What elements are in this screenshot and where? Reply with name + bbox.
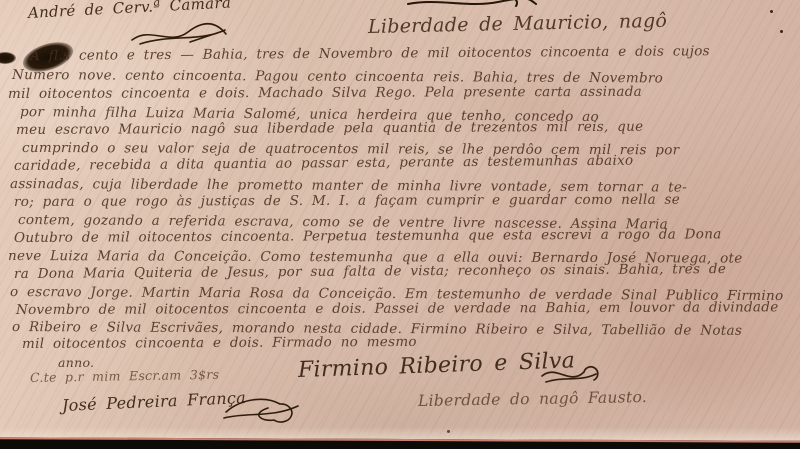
manuscript-line: Outubro de mil oitocentos cincoenta. Per…: [14, 228, 722, 245]
manuscript-line: ro; para o que rogo às justiças de S. M.…: [14, 194, 680, 210]
archivist-signature: André de Cerv.ª Camara: [28, 0, 232, 21]
docket-note: Liberdade do nagô Fausto.: [418, 390, 647, 409]
anno-line: anno.: [58, 357, 94, 370]
manuscript-line: Novembro de mil oitocentos cincoenta e d…: [16, 301, 779, 317]
document-title: Liberdade de Mauricio, nagô: [368, 12, 668, 37]
signature-rubric-icon: [130, 22, 230, 48]
manuscript-photo: André de Cerv.ª Camara Liberdade de Maur…: [0, 0, 800, 449]
signature-rubric-icon: [222, 392, 302, 426]
ink-speck: [447, 430, 450, 433]
ink-speck: [770, 10, 773, 13]
clerk-note: C.te p.r mim Escr.am 3$rs: [30, 369, 219, 385]
manuscript-line: ra Dona Maria Quiteria de Jesus, por sua…: [14, 263, 726, 281]
cutoff-flourish-icon: [408, 0, 538, 12]
manuscript-line: A fl.s cento e tres — Bahia, tres de Nov…: [30, 45, 710, 63]
witness-signature: José Pedreira França: [62, 390, 247, 414]
notary-signature: Firmino Ribeiro e Silva: [298, 350, 576, 382]
manuscript-line: caridade, recebida a dita quantia ao pas…: [14, 155, 634, 174]
signature-rubric-icon: [540, 362, 600, 388]
photo-bottom-edge: [0, 437, 800, 449]
manuscript-line: mil oitocentos cincoenta e dois. Firmado…: [22, 336, 417, 352]
ink-speck: [780, 30, 783, 33]
manuscript-line: mil oitocentos cincoenta e dois. Machado…: [8, 86, 642, 102]
manuscript-line: meu escravo Mauricio nagô sua liberdade …: [16, 121, 643, 138]
ink-blot: [0, 52, 16, 64]
